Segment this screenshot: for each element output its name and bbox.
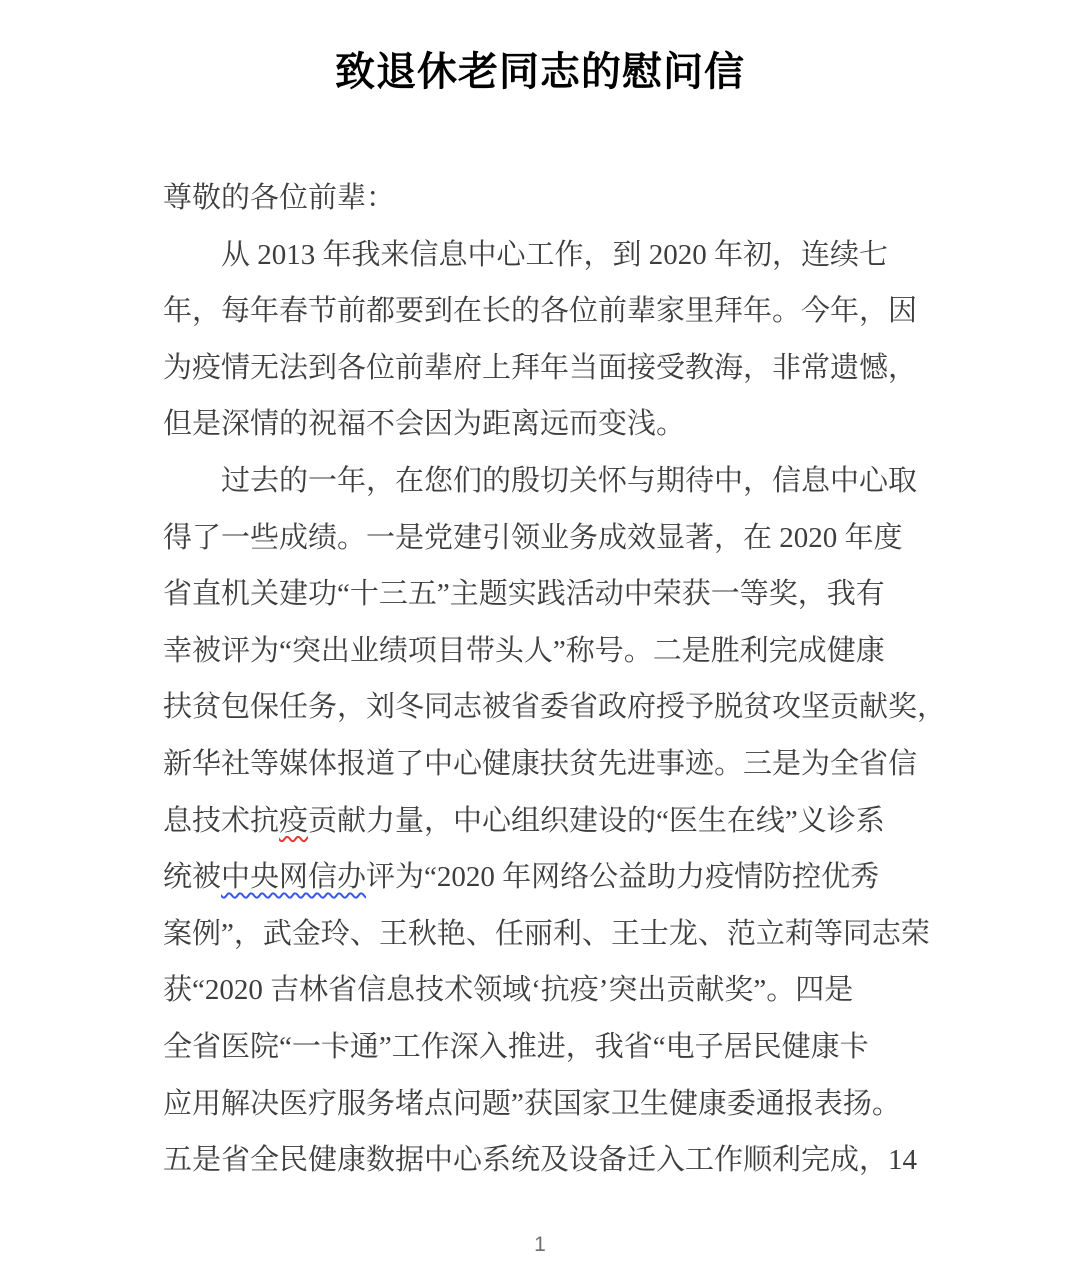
letter-text: 贡献力量，中心组织建设的“医生在线”义诊系 [308, 805, 885, 837]
letter-text: 过去的一年，在您们的殷切关怀与期待中，信息中心取 [221, 465, 917, 497]
letter-text: 新华社等媒体报道了中心健康扶贫先进事迹。三是为全省信 [163, 748, 917, 780]
letter-text: 应用解决医疗服务堵点问题”获国家卫生健康委通报表扬。 [163, 1088, 901, 1120]
letter-line: 年，每年春节前都要到在长的各位前辈家里拜年。今年，因 [163, 283, 933, 340]
document-page: 致退休老同志的慰问信 尊敬的各位前辈： 从 2013 年我来信息中心工作，到 2… [0, 0, 1080, 1273]
letter-text: 从 2013 年我来信息中心工作，到 2020 年初，连续七 [221, 239, 888, 271]
letter-text: 但是深情的祝福不会因为距离远而变浅。 [163, 408, 685, 440]
letter-text: 得了一些成绩。一是党建引领业务成效显著，在 2020 年度 [163, 522, 903, 554]
spellcheck-underline: 疫 [279, 805, 308, 837]
letter-text: 获“2020 吉林省信息技术领域‘抗疫’突出贡献奖”。四是 [163, 974, 853, 1006]
letter-text: 幸被评为“突出业绩项目带头人”称号。二是胜利完成健康 [163, 635, 885, 667]
letter-text: 省直机关建功“十三五”主题实践活动中荣获一等奖，我有 [163, 578, 885, 610]
letter-text: 息技术抗 [163, 805, 279, 837]
letter-line: 新华社等媒体报道了中心健康扶贫先进事迹。三是为全省信 [163, 736, 933, 793]
letter-line: 过去的一年，在您们的殷切关怀与期待中，信息中心取 [163, 453, 933, 510]
letter-line: 统被中央网信办评为“2020 年网络公益助力疫情防控优秀 [163, 849, 933, 906]
letter-line: 得了一些成绩。一是党建引领业务成效显著，在 2020 年度 [163, 510, 933, 567]
page-number: 1 [0, 1233, 1080, 1257]
letter-text: 全省医院“一卡通”工作深入推进，我省“电子居民健康卡 [163, 1031, 869, 1063]
letter-line: 获“2020 吉林省信息技术领域‘抗疫’突出贡献奖”。四是 [163, 962, 933, 1019]
letter-line: 为疫情无法到各位前辈府上拜年当面接受教海，非常遗憾， [163, 340, 933, 397]
letter-line: 全省医院“一卡通”工作深入推进，我省“电子居民健康卡 [163, 1019, 933, 1076]
letter-line: 应用解决医疗服务堵点问题”获国家卫生健康委通报表扬。 [163, 1076, 933, 1133]
letter-line: 五是省全民健康数据中心系统及设备迁入工作顺利完成，14 [163, 1132, 933, 1189]
letter-body: 尊敬的各位前辈： 从 2013 年我来信息中心工作，到 2020 年初，连续七年… [163, 170, 933, 1189]
grammar-underline: 中央网信办 [221, 861, 366, 893]
letter-line: 案例”，武金玲、王秋艳、任丽利、王士龙、范立莉等同志荣 [163, 906, 933, 963]
letter-line: 省直机关建功“十三五”主题实践活动中荣获一等奖，我有 [163, 566, 933, 623]
letter-text: 扶贫包保任务，刘冬同志被省委省政府授予脱贫攻坚贡献奖， [163, 691, 946, 723]
salutation: 尊敬的各位前辈： [163, 170, 933, 227]
letter-text: 案例”，武金玲、王秋艳、任丽利、王士龙、范立莉等同志荣 [163, 918, 930, 950]
letter-line: 幸被评为“突出业绩项目带头人”称号。二是胜利完成健康 [163, 623, 933, 680]
letter-text: 评为“2020 年网络公益助力疫情防控优秀 [366, 861, 879, 893]
letter-line: 从 2013 年我来信息中心工作，到 2020 年初，连续七 [163, 227, 933, 284]
letter-line: 扶贫包保任务，刘冬同志被省委省政府授予脱贫攻坚贡献奖， [163, 679, 933, 736]
document-title: 致退休老同志的慰问信 [0, 44, 1080, 100]
letter-text: 统被 [163, 861, 221, 893]
letter-text: 为疫情无法到各位前辈府上拜年当面接受教海，非常遗憾， [163, 352, 917, 384]
letter-line: 息技术抗疫贡献力量，中心组织建设的“医生在线”义诊系 [163, 793, 933, 850]
letter-line: 但是深情的祝福不会因为距离远而变浅。 [163, 396, 933, 453]
letter-text: 五是省全民健康数据中心系统及设备迁入工作顺利完成，14 [163, 1144, 917, 1176]
letter-text: 年，每年春节前都要到在长的各位前辈家里拜年。今年，因 [163, 295, 917, 327]
letter-paragraphs: 从 2013 年我来信息中心工作，到 2020 年初，连续七年，每年春节前都要到… [163, 227, 933, 1189]
